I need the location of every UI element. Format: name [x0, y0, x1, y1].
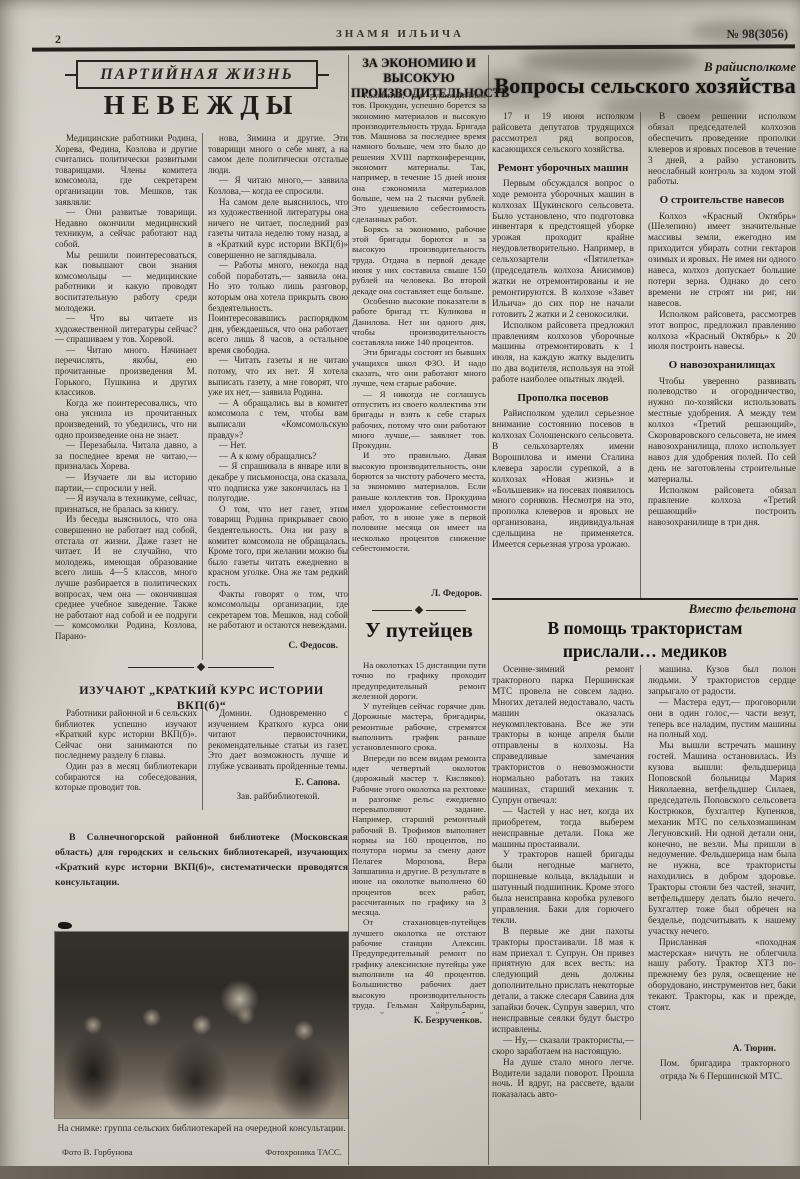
paragraph: Особенно высокие показатели в работе бри…	[352, 296, 486, 347]
paragraph: Коллектив, где руководителем тов. Прокуд…	[352, 90, 486, 224]
paragraph: Эти бригады состоят из бывших учащихся ш…	[352, 347, 486, 388]
photo-credit-agency: Фотохроника ТАСС.	[265, 1147, 342, 1157]
paragraph: — Ну,— сказали трактористы,— скоро зараб…	[492, 1036, 634, 1058]
nevezhdy-column-2: нова, Зимина и другие. Эти товарищи мног…	[208, 133, 348, 636]
diamond-ornament	[415, 606, 423, 614]
paragraph: Исполком райсовета обязал правление колх…	[648, 486, 796, 530]
agriculture-column-1: 17 и 19 июня исполком райсовета депутато…	[492, 112, 634, 600]
paragraph: Присланная «походная мастерская» ничуть …	[648, 938, 796, 1014]
paragraph: Прополка посевов	[492, 392, 634, 405]
photo-caption: На снимке: группа сельских библиотекарей…	[55, 1124, 348, 1134]
signature-fedorov: Л. Федоров.	[352, 589, 482, 599]
column-divider	[640, 665, 641, 1120]
column-divider	[488, 55, 489, 1165]
paragraph: Мы вышли встречать машину гостей. Машина…	[648, 741, 796, 937]
article-title-feuilleton: В помощь трактористам прислали… медиков	[492, 617, 798, 663]
paragraph: Мы решили поинтересоваться, как повышают…	[55, 250, 197, 314]
paragraph: На самом деле выяснилось, что из художес…	[208, 197, 348, 261]
paragraph: Один раз в месяц библиотекари собираются…	[55, 761, 197, 793]
paragraph: На душе стало много легче. Водители зада…	[492, 1058, 634, 1102]
paragraph: Чтобы уверенно развивать полеводство и о…	[648, 377, 796, 486]
section-kicker-label: ПАРТИЙНАЯ ЖИЗНЬ	[100, 66, 294, 84]
paragraph: О строительстве навесов	[648, 194, 796, 207]
agriculture-column-2: В своем решении исполком обязал председа…	[648, 112, 796, 600]
paragraph: Факты говорят о том, что комсомольцы орг…	[208, 589, 348, 631]
paragraph: Медицинские работники Родина, Хорева, Фе…	[55, 133, 197, 207]
paragraph: Исполком райсовета, рассмотрев этот вопр…	[648, 310, 796, 354]
paragraph: 17 и 19 июня исполком райсовета депутато…	[492, 112, 634, 156]
paragraph: Первым обсуждался вопрос о ходе ремонта …	[492, 179, 634, 321]
article-title-railway: У путейцев	[352, 618, 486, 643]
ink-stain	[690, 20, 790, 42]
paragraph: — Я изучала в техникуме, сейчас, признат…	[55, 493, 197, 514]
paragraph: О навозохранилищах	[648, 359, 796, 372]
consultation-note: В Солнечногорской районной библиотеке (М…	[55, 830, 348, 890]
column-divider	[640, 112, 641, 598]
column-divider	[202, 133, 203, 660]
header-rule	[32, 44, 795, 51]
signature-tyurin: А. Тюрин.	[648, 1044, 776, 1054]
paragraph: — Я спрашивала в январе или в декабре у …	[208, 461, 348, 503]
article-title-agriculture: Вопросы сельского хозяйства	[492, 73, 798, 99]
paragraph: — Что вы читаете из художественной литер…	[55, 313, 197, 345]
paragraph: О том, что нет газет, этим товарищ Родин…	[208, 504, 348, 589]
signature-role: Зав. райбиблиотекой.	[208, 791, 348, 801]
paragraph: — Перезабыла. Читала давно, а за последн…	[55, 440, 197, 472]
paragraph: Ремонт уборочных машин	[492, 162, 634, 175]
signature-fedosov: С. Федосов.	[208, 641, 338, 651]
nevezhdy-column-1: Медицинские работники Родина, Хорева, Фе…	[55, 133, 197, 660]
signature-role: Пом. бригадира тракторного отряда № 6 Пе…	[660, 1058, 790, 1083]
paragraph: Исполком райсовета предложил правлениям …	[492, 321, 634, 386]
ink-blot	[58, 922, 72, 929]
paragraph: — Мастера едут,— проговорили они в один …	[648, 698, 796, 742]
paragraph: — Я никогда не соглашусь отпустить из св…	[352, 389, 486, 451]
feuilleton-column-1: Осенне-зимний ремонт тракторного парка П…	[492, 665, 634, 1175]
paragraph: Когда же поинтересовались, что она уясни…	[55, 398, 197, 440]
divider-ornament	[128, 664, 274, 670]
paragraph: — Нет.	[208, 440, 348, 451]
paragraph: В своем решении исполком обязал председа…	[648, 112, 796, 188]
signature-bezruchenkov: К. Безрученков.	[352, 1016, 482, 1026]
library-column-1: Работники районной и 6 сельских библиоте…	[55, 708, 197, 814]
paragraph: машина. Кузов был полон людьми. У тракто…	[648, 665, 796, 698]
paragraph: Домнин. Одновременно с изучением Кратког…	[208, 708, 348, 772]
paragraph: нова, Зимина и другие. Эти товарищи мног…	[208, 133, 348, 175]
paragraph: — Частей у нас нет, когда их приобретем,…	[492, 807, 634, 851]
paragraph: Райисполком уделил серьезное внимание со…	[492, 409, 634, 551]
feuilleton-column-2: машина. Кузов был полон людьми. У тракто…	[648, 665, 796, 1041]
paragraph: В первые же дни пахоты тракторы простаив…	[492, 927, 634, 1036]
feuilleton-title-line2: прислали… медиков	[563, 641, 727, 661]
paragraph: У тракторов нашей бригады были негодные …	[492, 850, 634, 926]
column-divider	[348, 55, 349, 1165]
paragraph: От стахановцев-путейцев лучшего околотка…	[352, 917, 486, 1014]
paragraph: — Изучаете ли вы историю партии,— спроси…	[55, 472, 197, 493]
paragraph: — А к кому обращались?	[208, 451, 348, 462]
photo-librarians	[55, 932, 348, 1118]
paragraph: У путейцев сейчас горячие дни. Дорожные …	[352, 701, 486, 752]
paragraph: Впереди по всем видам ремонта идет четве…	[352, 753, 486, 918]
paragraph: И это правильно. Давая высокую производи…	[352, 450, 486, 553]
paragraph: Из беседы выяснилось, что она совершенно…	[55, 514, 197, 641]
paragraph: Борясь за экономию, рабочие этой бригады…	[352, 224, 486, 296]
section-rule	[492, 598, 798, 600]
article-title-nevezhdy: НЕВЕЖДЫ	[55, 90, 348, 121]
paragraph: — А обращались вы в комитет комсомола с …	[208, 398, 348, 440]
library-column-2: Домнин. Одновременно с изучением Кратког…	[208, 708, 348, 782]
paragraph: Работники районной и 6 сельских библиоте…	[55, 708, 197, 761]
divider-ornament	[372, 607, 466, 613]
paragraph: — Читать газеты я не читаю потому, что и…	[208, 355, 348, 397]
paragraph: Колхоз «Красный Октябрь» (Шелепино) имее…	[648, 212, 796, 310]
signature-sapova: Е. Сапова.	[208, 778, 340, 788]
railway-column: На околотках 15 дистанции пути точно по …	[352, 660, 486, 1014]
section-kicker-party-life: ПАРТИЙНАЯ ЖИЗНЬ	[76, 60, 318, 89]
feuilleton-title-line1: В помощь трактористам	[548, 618, 743, 638]
paragraph: На околотках 15 дистанции пути точно по …	[352, 660, 486, 701]
economy-column: Коллектив, где руководителем тов. Прокуд…	[352, 90, 486, 586]
paragraph: — Читаю много. Начинает перечислять, яко…	[55, 345, 197, 398]
scan-edge-band	[0, 1166, 800, 1179]
diamond-ornament	[197, 663, 205, 671]
column-divider	[202, 708, 203, 810]
newspaper-page: 2 ЗНАМЯ ИЛЬИЧА № 98(3056) ПАРТИЙНАЯ ЖИЗН…	[0, 0, 800, 1179]
masthead: ЗНАМЯ ИЛЬИЧА	[0, 28, 800, 40]
photo-credit-photographer: Фото В. Горбунова	[62, 1147, 133, 1157]
paragraph: — Я читаю много,— заявила Козлова,— когд…	[208, 175, 348, 196]
paragraph: — Они развитые товарищи. Недавно окончил…	[55, 207, 197, 249]
section-kicker-feuilleton: Вместо фельетона	[560, 602, 796, 617]
paragraph: Осенне-зимний ремонт тракторного парка П…	[492, 665, 634, 807]
paragraph: — Работы много, некогда над собой порабо…	[208, 260, 348, 355]
